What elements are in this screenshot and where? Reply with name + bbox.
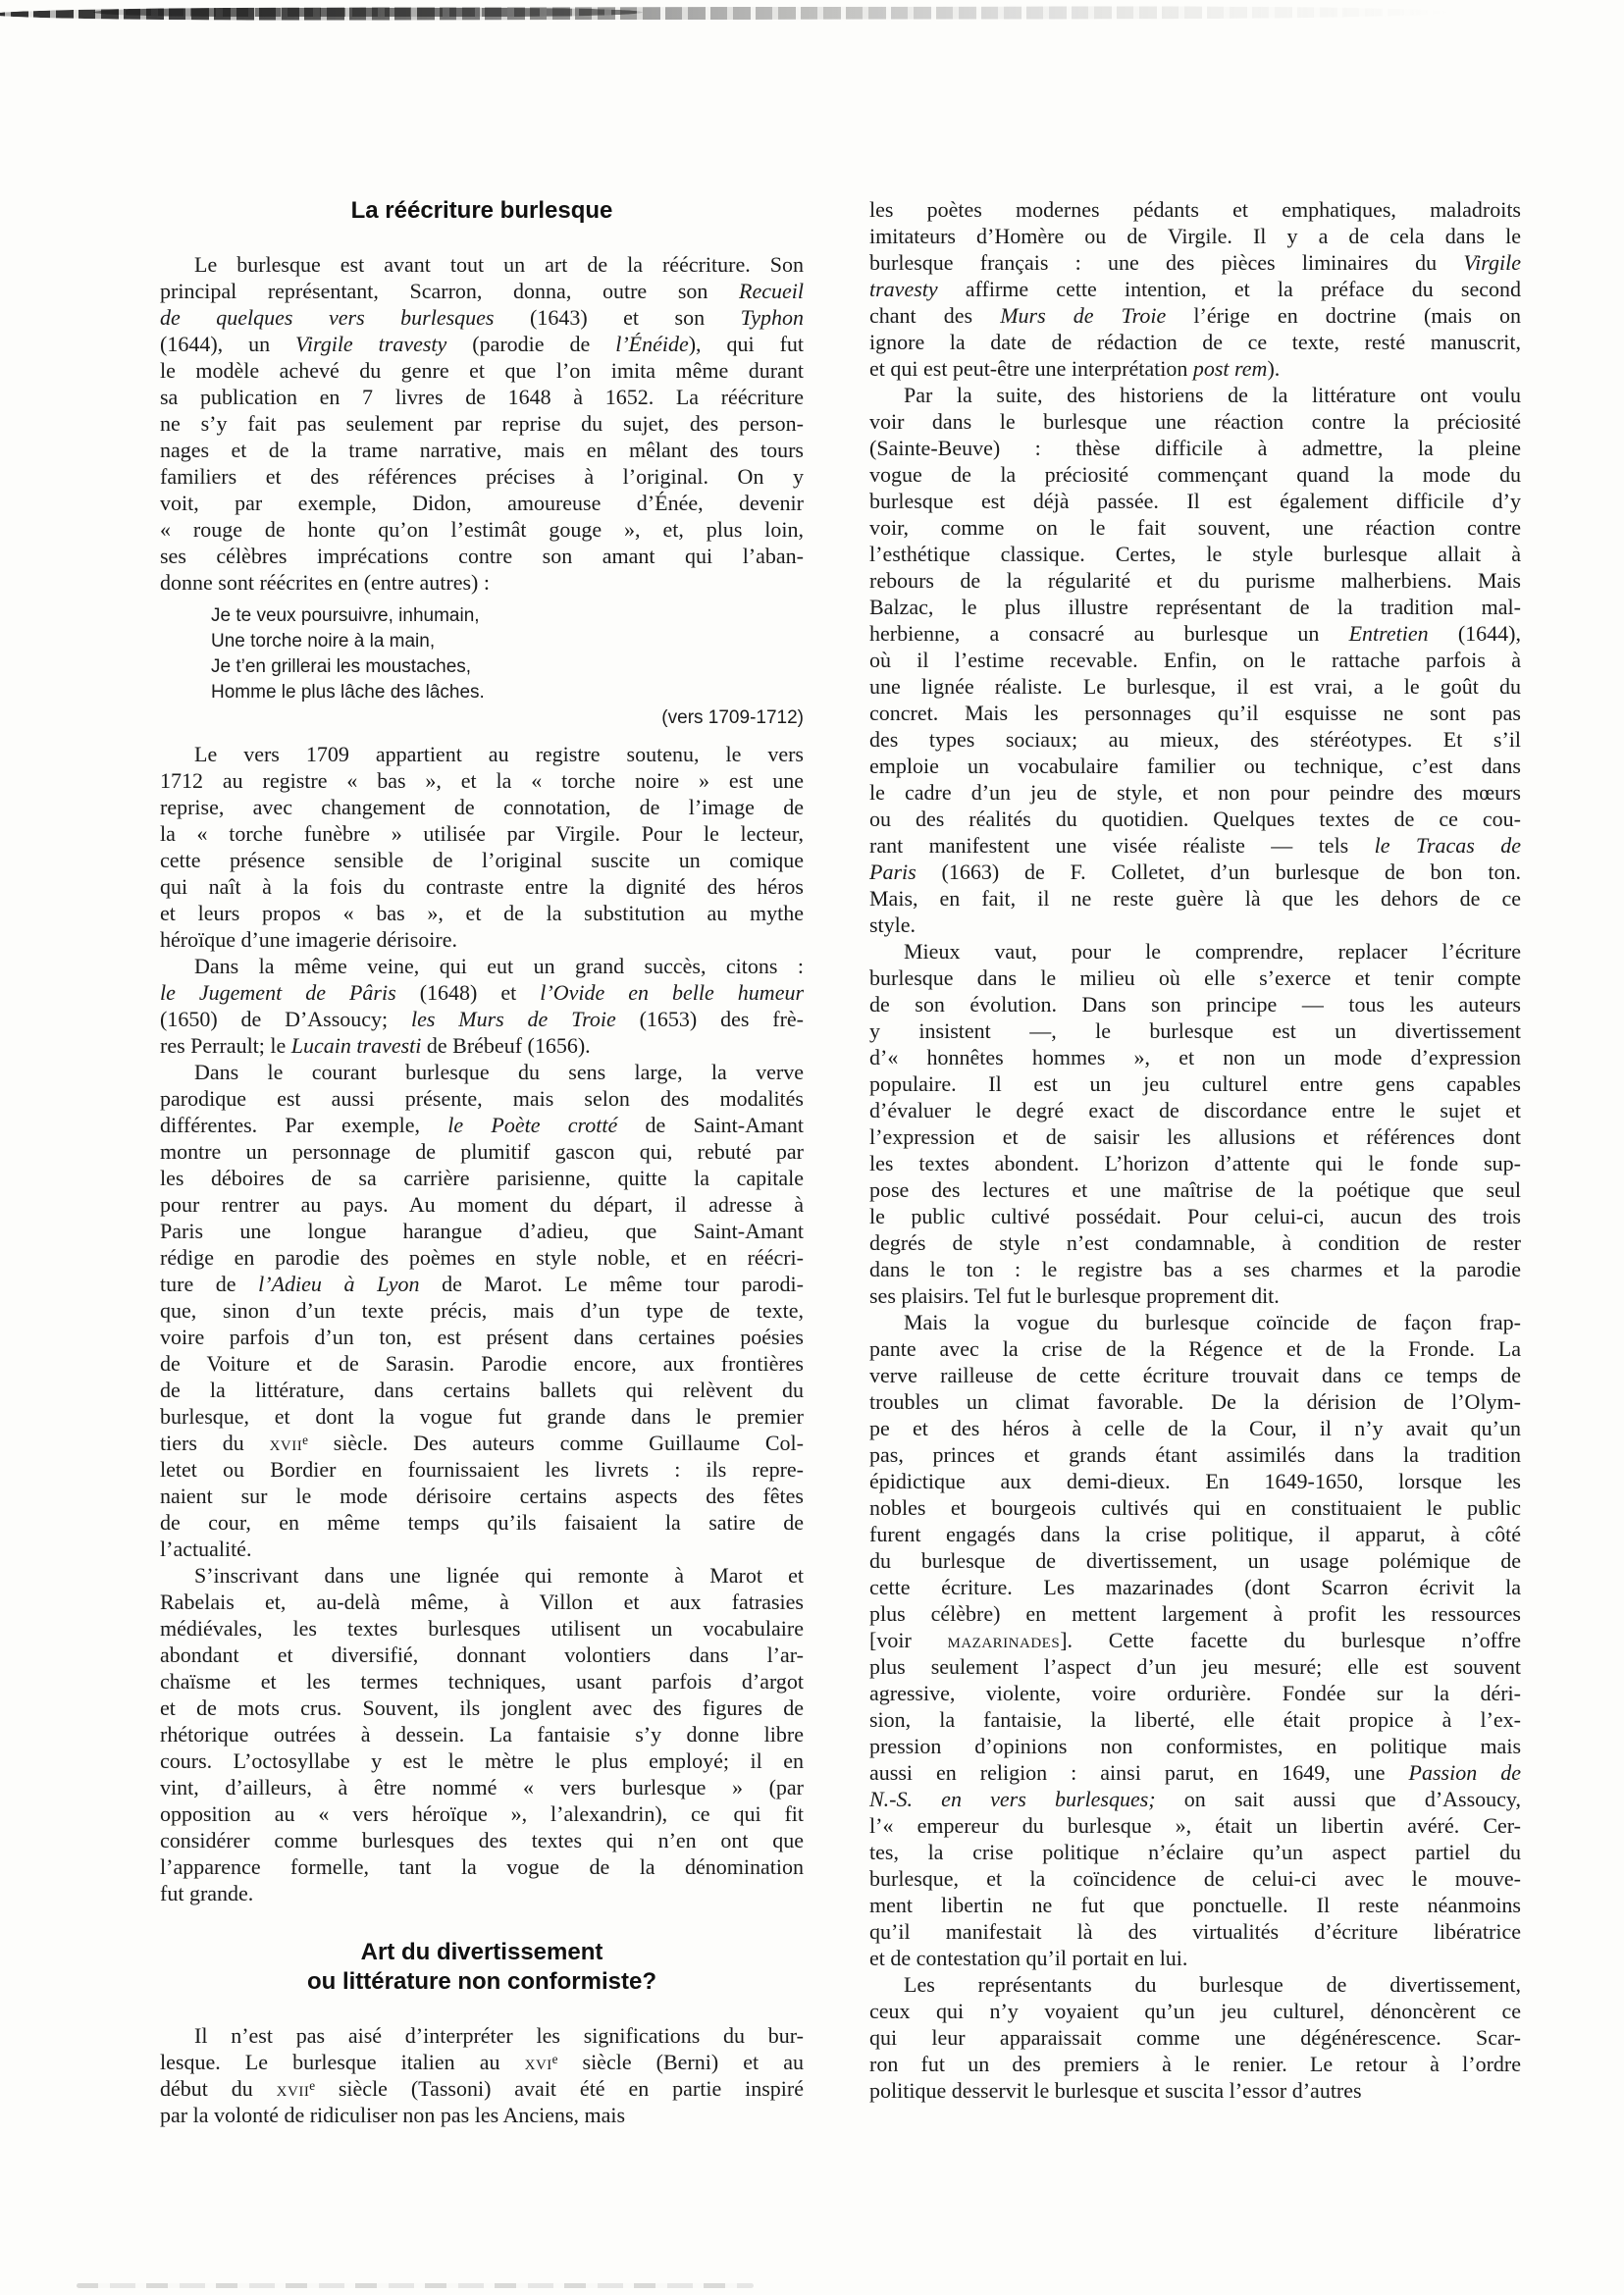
text-line: et de contestation qu’il portait en lui. xyxy=(869,1945,1521,1971)
text-line: chant des Murs de Troie l’érige en doctr… xyxy=(869,302,1521,329)
text-line: cette présence sensible de l’original su… xyxy=(160,847,804,873)
text-line: cours. L’octosyllabe y est le mètre le p… xyxy=(160,1747,804,1774)
text-line: de la littérature, dans certains ballets… xyxy=(160,1377,804,1403)
body-paragraph: Le vers 1709 appartient au registre sout… xyxy=(160,741,804,953)
text-line: burlesque est déjà passée. Il est égalem… xyxy=(869,488,1521,514)
text-line: principal représentant, Scarron, donna, … xyxy=(160,278,804,304)
text-line: une lignée réaliste. Le burlesque, il es… xyxy=(869,673,1521,700)
text-line: ne s’y fait pas seulement par reprise du… xyxy=(160,410,804,437)
text-line: concret. Mais les personnages qu’il esqu… xyxy=(869,700,1521,726)
section-heading: Art du divertissementou littérature non … xyxy=(160,1938,804,1997)
text-line: Mieux vaut, pour le comprendre, replacer… xyxy=(869,938,1521,965)
body-paragraph: Le burlesque est avant tout un art de la… xyxy=(160,251,804,596)
text-line: [voir MAZARINADES]. Cette facette du bur… xyxy=(869,1627,1521,1653)
text-line: de son évolution. Dans son principe — to… xyxy=(869,991,1521,1017)
text-line: imitateurs d’Homère ou de Virgile. Il y … xyxy=(869,223,1521,249)
text-line: vogue de la préciosité commençant quand … xyxy=(869,461,1521,488)
text-line: aussi en religion : ainsi parut, en 1649… xyxy=(869,1759,1521,1786)
text-line: pression d’opinions non conformistes, en… xyxy=(869,1733,1521,1759)
text-line: Il n’est pas aisé d’interpréter les sign… xyxy=(160,2022,804,2049)
text-line: ignore la date de rédaction de ce texte,… xyxy=(869,329,1521,355)
text-line: burlesque, et dont la vogue fut grande d… xyxy=(160,1403,804,1430)
text-line: Art du divertissement xyxy=(160,1938,804,1967)
text-line: l’actualité. xyxy=(160,1536,804,1562)
text-line: S’inscrivant dans une lignée qui remonte… xyxy=(160,1562,804,1589)
text-line: burlesque français : une des pièces limi… xyxy=(869,249,1521,276)
text-line: voit, par exemple, Didon, amoureuse d’Én… xyxy=(160,490,804,516)
text-line: le cadre d’un jeu de style, et non pour … xyxy=(869,779,1521,806)
text-line: l’esthétique classique. Certes, le style… xyxy=(869,541,1521,567)
text-line: les textes abondent. L’horizon d’attente… xyxy=(869,1150,1521,1176)
text-line: Une torche noire à la main, xyxy=(211,629,804,654)
text-line: sa publication en 7 livres de 1648 à 165… xyxy=(160,384,804,410)
text-line: l’expression et de saisir les allusions … xyxy=(869,1123,1521,1150)
text-line: abondant et diversifié, donnant volontie… xyxy=(160,1642,804,1668)
text-line: voir, comme on le fait souvent, une réac… xyxy=(869,514,1521,541)
text-line: style. xyxy=(869,912,1521,938)
text-line: ses plaisirs. Tel fut le burlesque propr… xyxy=(869,1282,1521,1309)
scanned-page: La réécriture burlesqueLe burlesque est … xyxy=(0,0,1624,2295)
body-paragraph: Mieux vaut, pour le comprendre, replacer… xyxy=(869,938,1521,1309)
text-line: dans le ton : le registre bas a ses char… xyxy=(869,1256,1521,1282)
text-line: (Sainte-Beuve) : thèse difficile à admet… xyxy=(869,435,1521,461)
text-line: montre un personnage de plumitif gascon … xyxy=(160,1138,804,1165)
text-line: familiers et des références précises à l… xyxy=(160,463,804,490)
text-line: ou des réalités du quotidien. Quelques t… xyxy=(869,806,1521,832)
text-line: des types sociaux; au mieux, des stéréot… xyxy=(869,726,1521,753)
text-line: vint, d’ailleurs, à être nommé « vers bu… xyxy=(160,1774,804,1800)
text-line: lesque. Le burlesque italien au XVIᵉ siè… xyxy=(160,2049,804,2075)
text-line: l’« empereur du burlesque », était un li… xyxy=(869,1812,1521,1839)
text-line: plus seulement l’aspect d’un jeu mesuré;… xyxy=(869,1653,1521,1680)
text-line: Dans le courant burlesque du sens large,… xyxy=(160,1059,804,1085)
text-line: degrés de style n’est condamnable, à con… xyxy=(869,1229,1521,1256)
body-paragraph: Dans la même veine, qui eut un grand suc… xyxy=(160,953,804,1059)
text-line: Mais la vogue du burlesque coïncide de f… xyxy=(869,1309,1521,1335)
text-line: Le burlesque est avant tout un art de la… xyxy=(160,251,804,278)
text-line: Mais, en fait, il ne reste guère là que … xyxy=(869,885,1521,912)
text-line: tes, la crise politique n’éclaire qu’un … xyxy=(869,1839,1521,1865)
text-line: letet ou Bordier en fournissaient les li… xyxy=(160,1456,804,1483)
text-line: pas, princes et grands étant assimilés d… xyxy=(869,1441,1521,1468)
text-line: N.-S. en vers burlesques; on sait aussi … xyxy=(869,1786,1521,1812)
text-line: considérer comme burlesques des textes q… xyxy=(160,1827,804,1853)
text-line: le public cultivé possédait. Pour celui-… xyxy=(869,1203,1521,1229)
text-line: furent engagés dans la crise politique, … xyxy=(869,1521,1521,1547)
text-line: y insistent —, le burlesque est un diver… xyxy=(869,1017,1521,1044)
text-line: herbienne, a consacré au burlesque un En… xyxy=(869,620,1521,647)
text-line: parodique est aussi présente, mais selon… xyxy=(160,1085,804,1112)
text-line: pe et des héros à celle de la Cour, il n… xyxy=(869,1415,1521,1441)
text-line: de cour, en même temps qu’ils faisaient … xyxy=(160,1509,804,1536)
text-line: le Jugement de Pâris (1648) et l’Ovide e… xyxy=(160,979,804,1006)
body-paragraph: S’inscrivant dans une lignée qui remonte… xyxy=(160,1562,804,1906)
text-line: qui naît à la fois du contraste entre la… xyxy=(160,873,804,900)
scan-edge-artifact-top-core xyxy=(93,8,643,17)
text-line: voire parfois d’un ton, est présent dans… xyxy=(160,1324,804,1350)
text-line: du burlesque de divertissement, un usage… xyxy=(869,1547,1521,1574)
text-line: d’évaluer le degré exact de discordance … xyxy=(869,1097,1521,1123)
text-line: (1650) de D’Assoucy; les Murs de Troie (… xyxy=(160,1006,804,1032)
text-line: qu’il manifestait là des virtualités d’é… xyxy=(869,1918,1521,1945)
text-line: chaïsme et les termes techniques, usant … xyxy=(160,1668,804,1695)
text-line: Balzac, le plus illustre représentant de… xyxy=(869,594,1521,620)
text-line: verve railleuse de cette écriture trouva… xyxy=(869,1362,1521,1388)
text-line: et de mots crus. Souvent, ils jonglent a… xyxy=(160,1695,804,1721)
text-line: rebours de la régularité et du purisme m… xyxy=(869,567,1521,594)
text-line: cette écriture. Les mazarinades (dont Sc… xyxy=(869,1574,1521,1600)
body-paragraph: Par la suite, des historiens de la litté… xyxy=(869,382,1521,938)
text-line: ou littérature non conformiste? xyxy=(160,1967,804,1997)
text-line: nages et de la trame narrative, mais en … xyxy=(160,437,804,463)
text-line: politique desservit le burlesque et susc… xyxy=(869,2077,1521,2104)
text-line: donne sont réécrites en (entre autres) : xyxy=(160,569,804,596)
text-line: où il l’estime recevable. Enfin, on le r… xyxy=(869,647,1521,673)
text-line: res Perrault; le Lucain travesti de Bréb… xyxy=(160,1032,804,1059)
text-line: emploie un vocabulaire familier ou techn… xyxy=(869,753,1521,779)
text-line: nobles et bourgeois cultivés qui en cons… xyxy=(869,1494,1521,1521)
text-line: Par la suite, des historiens de la litté… xyxy=(869,382,1521,408)
text-line: (1644), un Virgile travesty (parodie de … xyxy=(160,331,804,357)
text-line: début du XVIIᵉ siècle (Tassoni) avait ét… xyxy=(160,2075,804,2102)
text-line: burlesque dans le milieu où elle s’exerc… xyxy=(869,965,1521,991)
text-line: l’apparence formelle, tant la vogue de l… xyxy=(160,1853,804,1880)
text-line: que, sinon d’un texte précis, mais d’un … xyxy=(160,1297,804,1324)
body-paragraph: Dans le courant burlesque du sens large,… xyxy=(160,1059,804,1562)
text-line: troubles un climat favorable. De la déri… xyxy=(869,1388,1521,1415)
text-line: qui leur apparaissait comme une dégénére… xyxy=(869,2024,1521,2051)
text-line: épidictique aux demi-dieux. En 1649-1650… xyxy=(869,1468,1521,1494)
scan-edge-artifact-bottom xyxy=(77,2283,754,2288)
text-line: Rabelais et, au-delà même, à Villon et a… xyxy=(160,1589,804,1615)
text-line: travesty affirme cette intention, et la … xyxy=(869,276,1521,302)
text-line: les poètes modernes pédants et emphatiqu… xyxy=(869,196,1521,223)
text-line: la « torche funèbre » utilisée par Virgi… xyxy=(160,820,804,847)
text-line: par la volonté de ridiculiser non pas le… xyxy=(160,2102,804,2128)
body-paragraph: Mais la vogue du burlesque coïncide de f… xyxy=(869,1309,1521,1971)
text-line: Les représentants du burlesque de divert… xyxy=(869,1971,1521,1998)
text-line: Je t’en grillerai les moustaches, xyxy=(211,654,804,680)
text-line: ment libertin ne fut que ponctuelle. Il … xyxy=(869,1892,1521,1918)
text-line: pante avec la crise de la Régence et de … xyxy=(869,1335,1521,1362)
article-column-left: La réécriture burlesqueLe burlesque est … xyxy=(160,196,804,2128)
text-line: Paris (1663) de F. Colletet, d’un burles… xyxy=(869,859,1521,885)
text-line: médiévales, les textes burlesques utilis… xyxy=(160,1615,804,1642)
text-line: différentes. Par exemple, le Poète crott… xyxy=(160,1112,804,1138)
text-line: pose des lectures et une maîtrise de la … xyxy=(869,1176,1521,1203)
body-paragraph: Les représentants du burlesque de divert… xyxy=(869,1971,1521,2104)
text-line: reprise, avec changement de connotation,… xyxy=(160,794,804,820)
text-line: héroïque d’une imagerie dérisoire. xyxy=(160,926,804,953)
text-line: « rouge de honte qu’on l’estimât gouge »… xyxy=(160,516,804,543)
text-line: plus célèbre) en mettent largement à pro… xyxy=(869,1600,1521,1627)
text-line: les déboires de sa carrière parisienne, … xyxy=(160,1165,804,1191)
text-line: rédige en parodie des poèmes en style no… xyxy=(160,1244,804,1271)
text-line: Homme le plus lâche des lâches. xyxy=(211,680,804,705)
text-line: naient sur le mode dérisoire certains as… xyxy=(160,1483,804,1509)
text-line: ron fut un des premiers à le renier. Le … xyxy=(869,2051,1521,2077)
text-line: rant manifestent une visée réaliste — te… xyxy=(869,832,1521,859)
body-paragraph: les poètes modernes pédants et emphatiqu… xyxy=(869,196,1521,382)
text-line: voir dans le burlesque une réaction cont… xyxy=(869,408,1521,435)
text-line: le modèle achevé du genre et que l’on im… xyxy=(160,357,804,384)
text-line: rhétorique outrées à dessein. La fantais… xyxy=(160,1721,804,1747)
article-column-right: les poètes modernes pédants et emphatiqu… xyxy=(869,196,1521,2104)
body-paragraph: Il n’est pas aisé d’interpréter les sign… xyxy=(160,2022,804,2128)
text-line: de Voiture et de Sarasin. Parodie encore… xyxy=(160,1350,804,1377)
text-line: de quelques vers burlesques (1643) et so… xyxy=(160,304,804,331)
verse-attribution: (vers 1709-1712) xyxy=(160,705,804,731)
text-line: Je te veux poursuivre, inhumain, xyxy=(211,603,804,629)
text-line: 1712 au registre « bas », et la « torche… xyxy=(160,767,804,794)
section-heading: La réécriture burlesque xyxy=(160,196,804,226)
text-line: sion, la fantaisie, la liberté, elle éta… xyxy=(869,1706,1521,1733)
text-line: fut grande. xyxy=(160,1880,804,1906)
text-line: tiers du XVIIᵉ siècle. Des auteurs comme… xyxy=(160,1430,804,1456)
text-line: opposition au « vers héroïque », l’alexa… xyxy=(160,1800,804,1827)
text-line: et qui est peut-être une interprétation … xyxy=(869,355,1521,382)
text-line: d’« honnêtes hommes », et non un mode d’… xyxy=(869,1044,1521,1070)
text-line: et leurs propos « bas », et de la substi… xyxy=(160,900,804,926)
text-line: ceux qui n’y voyaient qu’un jeu culturel… xyxy=(869,1998,1521,2024)
text-line: Paris une longue harangue d’adieu, que S… xyxy=(160,1218,804,1244)
text-line: Le vers 1709 appartient au registre sout… xyxy=(160,741,804,767)
verse-quote: Je te veux poursuivre, inhumain,Une torc… xyxy=(160,603,804,705)
text-line: ture de l’Adieu à Lyon de Marot. Le même… xyxy=(160,1271,804,1297)
text-line: Dans la même veine, qui eut un grand suc… xyxy=(160,953,804,979)
text-line: pour rentrer au pays. Au moment du dépar… xyxy=(160,1191,804,1218)
text-line: agressive, violente, voire ordurière. Fo… xyxy=(869,1680,1521,1706)
text-line: burlesque, et la coïncidence de celui-ci… xyxy=(869,1865,1521,1892)
text-line: populaire. Il est un jeu culturel entre … xyxy=(869,1070,1521,1097)
text-line: La réécriture burlesque xyxy=(160,196,804,226)
text-line: ses célèbres imprécations contre son ama… xyxy=(160,543,804,569)
